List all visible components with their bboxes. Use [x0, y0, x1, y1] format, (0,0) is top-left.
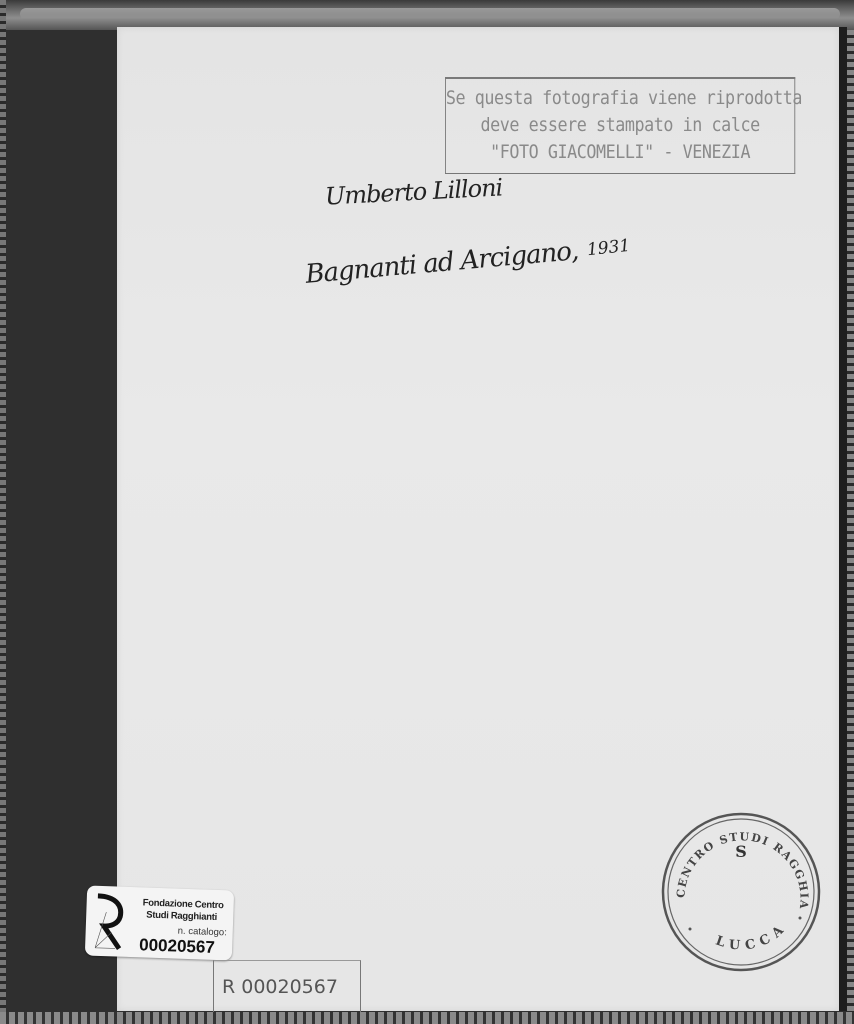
paper-edge-shadow: [839, 27, 847, 1011]
ragghianti-r-logo-icon: [91, 892, 125, 951]
stamp-line-2: deve essere stampato in calce: [446, 112, 794, 139]
publisher-stamp: Se questa fotografia viene riprodotta de…: [445, 77, 795, 174]
label-catalog-number: 00020567: [139, 935, 215, 958]
film-perforation-right: [846, 30, 854, 1024]
label-org-line-2: Studi Ragghianti: [146, 910, 217, 923]
institution-seal-icon: CENTRO STUDI RAGGHIANTI LUCCA S: [660, 811, 822, 973]
svg-text:LUCCA: LUCCA: [714, 919, 792, 954]
film-perforation-bottom: [0, 1012, 854, 1024]
stamp-line-3: "FOTO GIACOMELLI" - VENEZIA: [446, 139, 794, 166]
stamp-line-1: Se questa fotografia viene riprodotta: [446, 85, 794, 112]
sleeve-top-edge: [0, 0, 854, 30]
film-perforation-left: [0, 0, 6, 1024]
svg-text:S: S: [735, 842, 747, 861]
catalog-label: Fondazione Centro Studi Ragghianti n. ca…: [85, 885, 234, 960]
inventory-number: R 00020567: [222, 976, 338, 998]
